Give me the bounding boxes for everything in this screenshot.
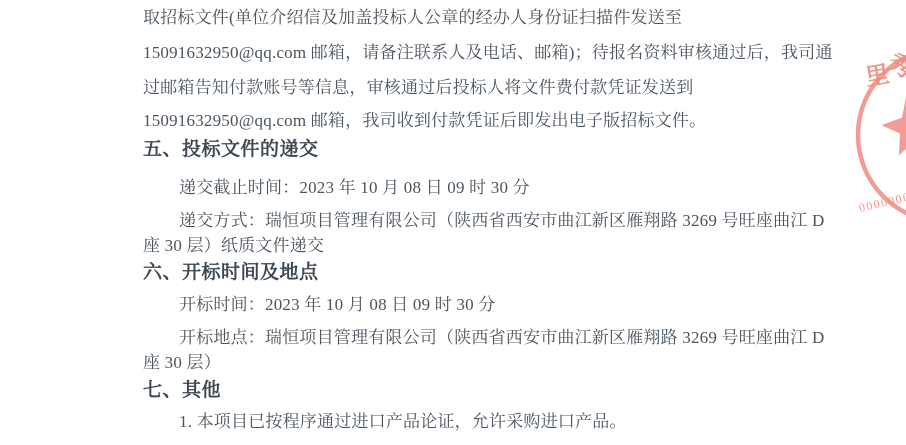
doc-line-opening-time: 开标时间：2023 年 10 月 08 日 09 时 30 分 — [179, 295, 495, 315]
doc-line-email-register: 15091632950@qq.com 邮箱，请备注联系人及电话、邮箱)；待报名资… — [143, 43, 833, 63]
doc-line-payment-info: 过邮箱告知付款账号等信息，审核通过后投标人将文件费付款凭证发送到 — [143, 78, 693, 98]
star-icon — [879, 93, 906, 157]
doc-line-deadline: 递交截止时间：2023 年 10 月 08 日 09 时 30 分 — [179, 178, 530, 198]
tender-document-page: 取招标文件(单位介绍信及加盖投标人公章的经办人身份证扫描件发送至 1509163… — [0, 0, 906, 445]
seal-serial-number: 0000000 — [858, 189, 906, 214]
section-heading-7-other: 七、其他 — [143, 381, 221, 401]
seal-ring — [858, 48, 906, 222]
seal-character-1: 里 — [863, 61, 891, 92]
doc-line-opening-place: 开标地点：瑞恒项目管理有限公司（陕西省西安市曲江新区雁翔路 3269 号旺座曲江… — [179, 328, 824, 348]
doc-line-email-issue: 15091632950@qq.com 邮箱，我司收到付款凭证后即发出电子版招标文… — [143, 111, 706, 131]
seal-character-2: 秀 — [883, 48, 906, 83]
doc-line-obtain-docs: 取招标文件(单位介绍信及加盖投标人公章的经办人身份证扫描件发送至 — [143, 8, 682, 28]
doc-line-submit-method: 递交方式：瑞恒项目管理有限公司（陕西省西安市曲江新区雁翔路 3269 号旺座曲江… — [179, 211, 824, 231]
doc-line-opening-place-cont: 座 30 层） — [143, 353, 221, 373]
doc-line-submit-method-cont: 座 30 层）纸质文件递交 — [143, 236, 324, 256]
doc-line-import-products: 1. 本项目已按程序通过进口产品论证，允许采购进口产品。 — [179, 412, 627, 432]
official-seal-stamp: 里 秀 0000000 — [856, 40, 906, 235]
section-heading-5-submission: 五、投标文件的递交 — [143, 140, 319, 160]
section-heading-6-opening: 六、开标时间及地点 — [143, 263, 319, 283]
